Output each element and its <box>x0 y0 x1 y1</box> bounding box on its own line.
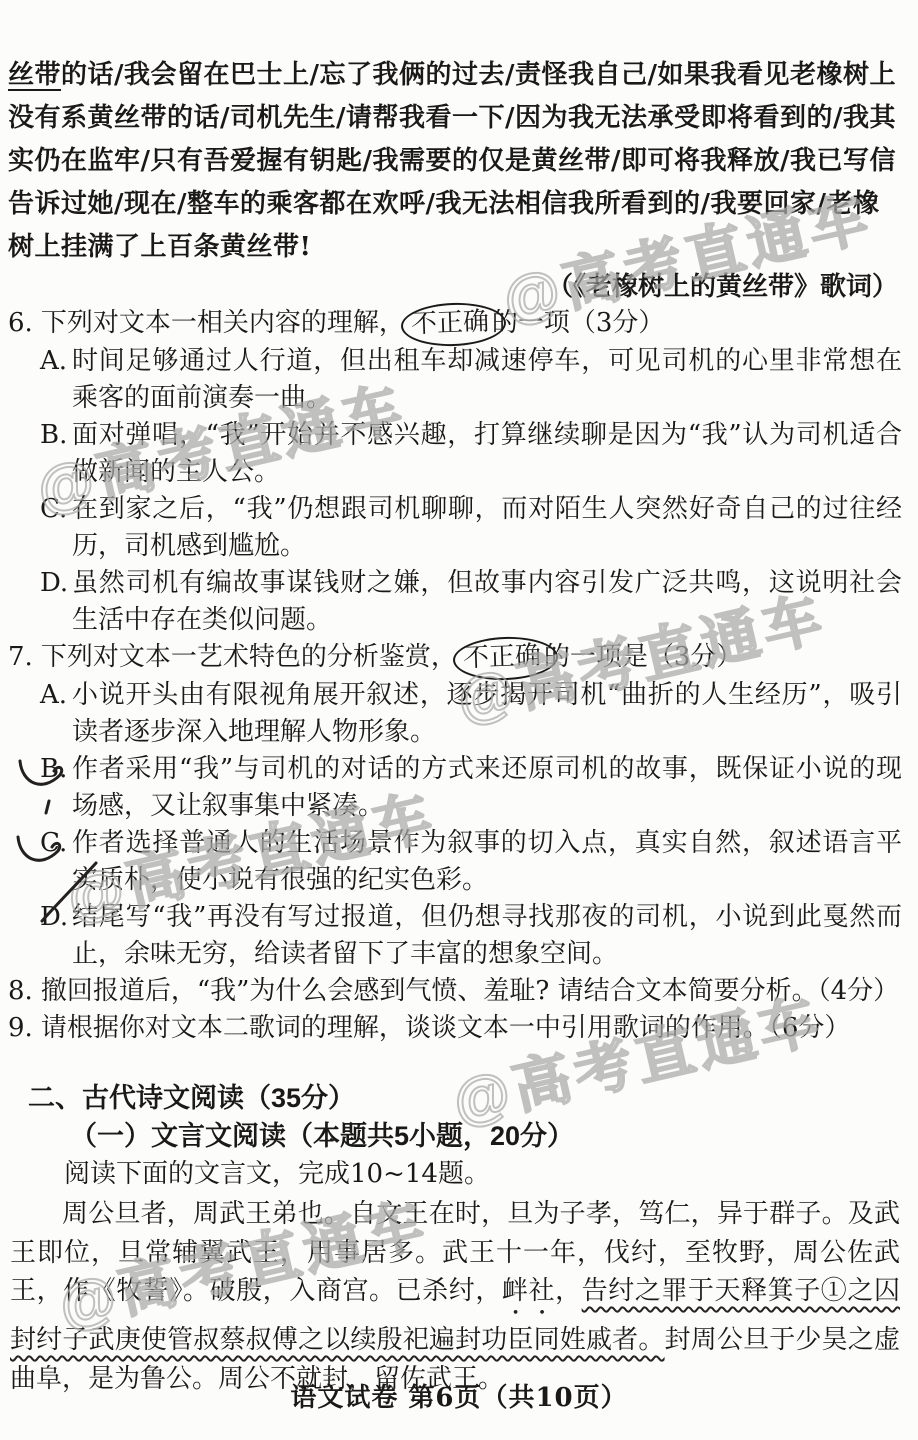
question-number: 7. <box>8 642 33 672</box>
option-letter: A. <box>40 343 67 380</box>
question-6: 6.下列对文本一相关内容的理解，不正确的一项（3分） A.时间足够通过人行道，但… <box>8 305 904 639</box>
option-text: 作者采用“我”与司机的对话的方式来还原司机的故事，既保证小说的现场感，又让叙事集… <box>72 754 902 821</box>
section-2-classical-reading: 二、古代诗文阅读（35分） （一）文言文阅读（本题共5小题，20分） 阅读下面的… <box>8 1081 904 1398</box>
exam-page-scan: @高考直通车 @高考直通车 @高考直通车 @高考直通车 @高考直通车 @高考直通… <box>0 0 918 1440</box>
stem-text: 下列对文本一艺术特色的分析鉴赏， <box>41 642 457 672</box>
passage-text: ， <box>555 1276 582 1306</box>
question-number: 9. <box>8 1013 33 1043</box>
option-letter: B. <box>40 751 67 788</box>
emphasis-dots-text: 衅社 <box>502 1276 555 1306</box>
question-7: 7.下列对文本一艺术特色的分析鉴赏，不正确的一项是（3分） A.小说开头由有限视… <box>8 639 904 973</box>
option-text: 结尾写“我”再没有写过报道，但仍想寻找那夜的司机，小说到此戛然而止，余味无穷，给… <box>72 902 902 969</box>
question-9: 9.请根据你对文本二歌词的理解，谈谈文本一中引用歌词的作用。（6分） <box>8 1010 904 1047</box>
option-letter: D. <box>40 565 68 602</box>
option-d: D.虽然司机有编故事谋钱财之嫌，但故事内容引发广泛共鸣，这说明社会生活中存在类似… <box>8 565 904 639</box>
lyric-line: 实仍在监牢/只有吾爱握有钥匙/我需要的仅是黄丝带/即可将我释放/我已写信 <box>8 140 904 183</box>
option-letter: C. <box>40 491 67 528</box>
question-text: 请根据你对文本二歌词的理解，谈谈文本一中引用歌词的作用。（6分） <box>41 1013 851 1043</box>
lyric-line: 没有系黄丝带的话/司机先生/请帮我看一下/因为我无法承受即将看到的/我其 <box>8 97 904 140</box>
option-letter: B. <box>40 417 67 454</box>
option-b: B.作者采用“我”与司机的对话的方式来还原司机的故事，既保证小说的现场感，又让叙… <box>8 751 904 825</box>
circle-annotation: 不正确 <box>452 635 558 682</box>
option-d: D.结尾写“我”再没有写过报道，但仍想寻找那夜的司机，小说到此戛然而止，余味无穷… <box>8 899 904 973</box>
option-text: 小说开头由有限视角展开叙述，逐步揭开司机“曲折的人生经历”，吸引读者逐步深入地理… <box>72 680 902 747</box>
option-b: B.面对弹唱，“我”开始并不感兴趣，打算继续聊是因为“我”认为司机适合做新闻的主… <box>8 417 904 491</box>
option-text: 虽然司机有编故事谋钱财之嫌，但故事内容引发广泛共鸣，这说明社会生活中存在类似问题… <box>72 568 902 635</box>
option-text: 时间足够通过人行道，但出租车却减速停车，可见司机的心里非常想在乘客的面前演奏一曲… <box>72 346 902 413</box>
section-subheading: （一）文言文阅读（本题共5小题，20分） <box>8 1119 904 1153</box>
question-7-stem: 7.下列对文本一艺术特色的分析鉴赏，不正确的一项是（3分） <box>8 639 904 677</box>
section-heading: 二、古代诗文阅读（35分） <box>8 1081 904 1115</box>
lyric-line-text: 的话/我会留在巴士上/忘了我俩的过去/责怪我自己/如果我看见老橡树上 <box>61 60 896 90</box>
lyric-line: 树上挂满了上百条黄丝带! <box>8 226 904 269</box>
question-6-stem: 6.下列对文本一相关内容的理解，不正确的一项（3分） <box>8 305 904 343</box>
option-text: 在到家之后，“我”仍想跟司机聊聊，而对陌生人突然好奇自己的过往经历，司机感到尴尬… <box>72 494 902 561</box>
lyrics-attribution: （《老橡树上的黄丝带》歌词） <box>8 269 904 305</box>
option-letter: D. <box>40 899 68 936</box>
option-letter: C. <box>40 825 67 862</box>
option-a: A.时间足够通过人行道，但出租车却减速停车，可见司机的心里非常想在乘客的面前演奏… <box>8 343 904 417</box>
page-footer: 语文试卷 第6页（共10页） <box>0 1377 918 1414</box>
circle-annotation: 不正确 <box>400 301 506 348</box>
stem-text: 下列对文本一相关内容的理解， <box>41 308 405 338</box>
classical-passage: 周公旦者，周武王弟也。自文王在时，旦为子孝，笃仁，异于群子。及武王即位，旦常辅翼… <box>8 1195 904 1398</box>
stem-text: 的一项是（3分） <box>544 642 743 672</box>
option-letter: A. <box>40 677 67 714</box>
option-c: C.在到家之后，“我”仍想跟司机聊聊，而对陌生人突然好奇自己的过往经历，司机感到… <box>8 491 904 565</box>
option-text: 面对弹唱，“我”开始并不感兴趣，打算继续聊是因为“我”认为司机适合做新闻的主人公… <box>72 420 902 487</box>
page-content: 丝带的话/我会留在巴士上/忘了我俩的过去/责怪我自己/如果我看见老橡树上 没有系… <box>0 0 918 1398</box>
underlined-lyric-start: 丝带 <box>8 60 61 90</box>
question-8: 8.撤回报道后，“我”为什么会感到气愤、羞耻? 请结合文本简要分析。（4分） <box>8 973 904 1010</box>
lyrics-block: 丝带的话/我会留在巴士上/忘了我俩的过去/责怪我自己/如果我看见老橡树上 没有系… <box>8 54 904 305</box>
reading-instruction: 阅读下面的文言文，完成10~14题。 <box>8 1156 904 1193</box>
stem-text: 的一项（3分） <box>492 308 665 338</box>
option-a: A.小说开头由有限视角展开叙述，逐步揭开司机“曲折的人生经历”，吸引读者逐步深入… <box>8 677 904 751</box>
question-text: 撤回报道后，“我”为什么会感到气愤、羞耻? 请结合文本简要分析。（4分） <box>41 976 899 1006</box>
option-text: 作者选择普通人的生活场景作为叙事的切入点，真实自然，叙述语言平实质朴，使小说有很… <box>72 828 902 895</box>
lyric-line: 丝带的话/我会留在巴士上/忘了我俩的过去/责怪我自己/如果我看见老橡树上 <box>8 54 904 97</box>
lyric-line: 告诉过她/现在/整车的乘客都在欢呼/我无法相信我所看到的/我要回家/老橡 <box>8 183 904 226</box>
question-number: 8. <box>8 976 33 1006</box>
option-c: C.作者选择普通人的生活场景作为叙事的切入点，真实自然，叙述语言平实质朴，使小说… <box>8 825 904 899</box>
question-number: 6. <box>8 308 33 338</box>
